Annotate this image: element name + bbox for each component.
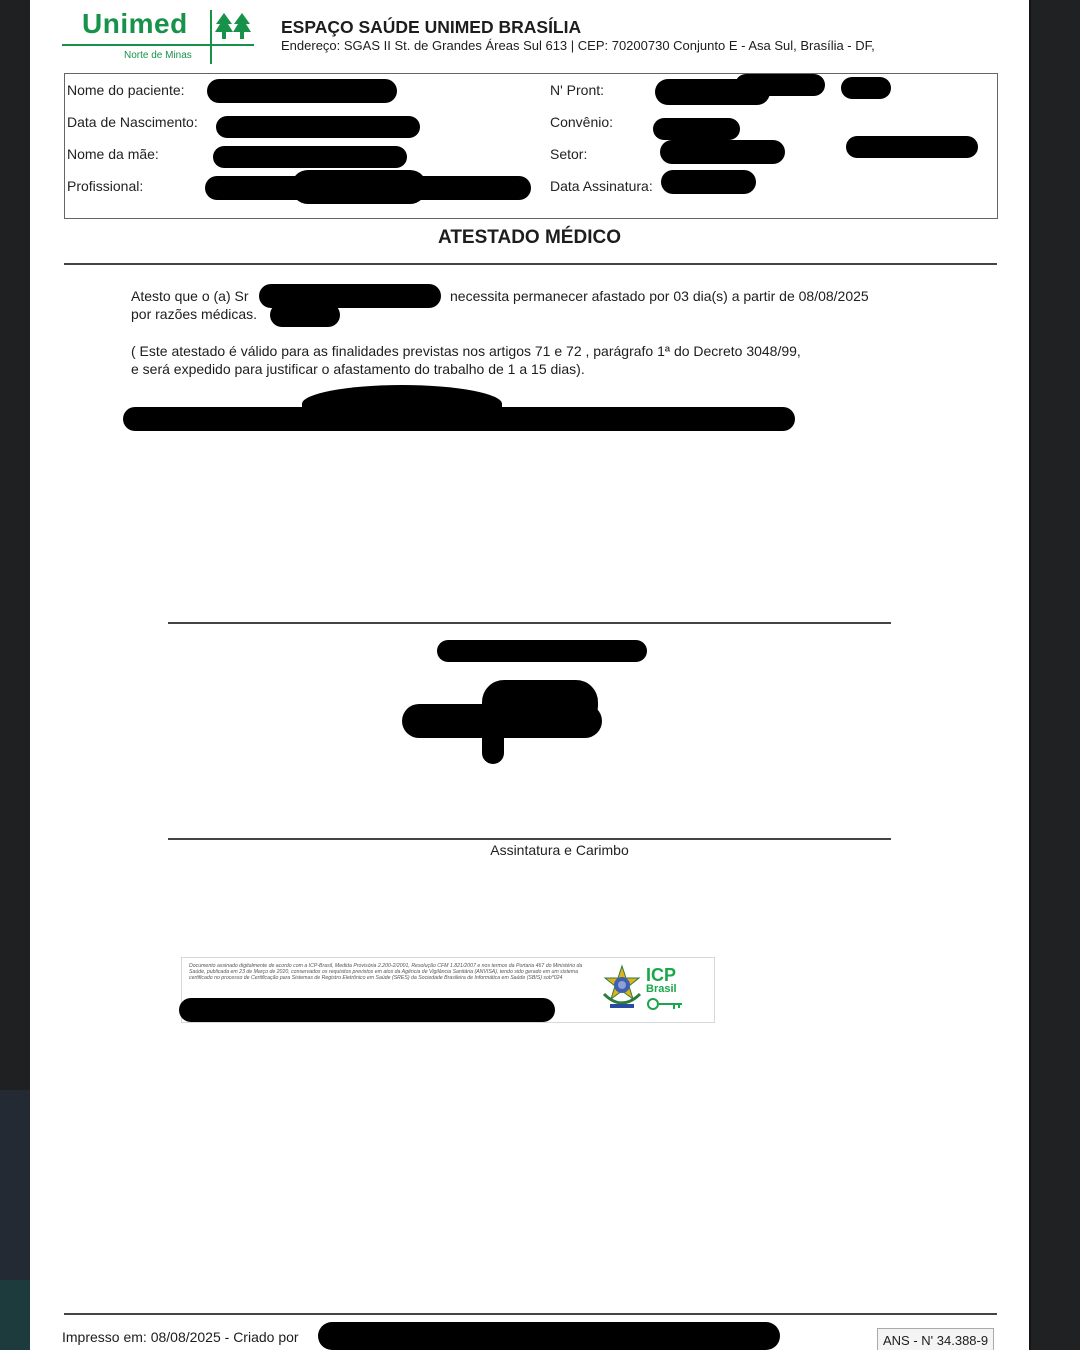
signature-date-label: Data Assinatura: bbox=[550, 178, 653, 194]
birth-date-label: Data de Nascimento: bbox=[67, 114, 198, 130]
redacted-sector-extra bbox=[846, 136, 978, 158]
insurance-label: Convênio: bbox=[550, 114, 613, 130]
redacted-patient-name bbox=[207, 79, 397, 103]
signature-top-divider bbox=[168, 622, 891, 624]
redacted-insurance bbox=[653, 118, 740, 140]
icp-logo-line2: Brasil bbox=[646, 983, 677, 995]
logo-divider-vertical bbox=[210, 10, 212, 64]
brand-name: Unimed bbox=[82, 8, 188, 40]
statement-suffix: necessita permanecer afastado por 03 dia… bbox=[450, 287, 869, 305]
redacted-record-extra bbox=[735, 74, 825, 96]
record-number-label: N' Pront: bbox=[550, 82, 604, 98]
logo-divider-horizontal bbox=[62, 44, 254, 46]
unimed-logo: Unimed Norte de Minas bbox=[62, 6, 254, 64]
redacted-signature-date bbox=[661, 170, 756, 194]
document-title: ATESTADO MÉDICO bbox=[30, 227, 1029, 249]
brand-subtitle: Norte de Minas bbox=[124, 50, 192, 61]
professional-label: Profissional: bbox=[67, 178, 143, 194]
title-divider bbox=[64, 263, 997, 265]
icp-logo-line1: ICP bbox=[646, 966, 676, 984]
certification-text: Documento assinado digitalmente de acord… bbox=[189, 963, 594, 982]
key-icon bbox=[646, 996, 684, 1012]
background-app-left-panel bbox=[0, 0, 30, 1350]
patient-info-box: Nome do paciente: Data de Nascimento: No… bbox=[64, 73, 998, 219]
redacted-cid-overlap bbox=[302, 385, 502, 423]
redacted-certificate-id bbox=[179, 998, 555, 1022]
legal-text-line2: e será expedido para justificar o afasta… bbox=[131, 360, 585, 378]
redacted-stamp bbox=[482, 680, 598, 728]
patient-name-label: Nome do paciente: bbox=[67, 82, 185, 98]
printed-info: Impresso em: 08/08/2025 - Criado por bbox=[62, 1329, 299, 1345]
sector-label: Setor: bbox=[550, 146, 587, 162]
redacted-professional-overlap bbox=[291, 170, 427, 204]
icp-brasil-logo: ICP Brasil bbox=[646, 966, 696, 1016]
redacted-mother-name bbox=[213, 146, 407, 168]
unimed-tree-icon bbox=[215, 12, 251, 40]
background-app-right-panel bbox=[1029, 0, 1080, 1350]
redacted-creator bbox=[318, 1322, 780, 1350]
redacted-statement-extra bbox=[270, 303, 340, 327]
redacted-doctor-name bbox=[437, 640, 647, 662]
organization-title: ESPAÇO SAÚDE UNIMED BRASÍLIA bbox=[281, 17, 581, 38]
statement-prefix: Atesto que o (a) Sr bbox=[131, 287, 249, 305]
redacted-sector bbox=[660, 140, 785, 164]
redacted-stamp-tail bbox=[482, 728, 504, 764]
ans-registration-badge: ANS - N' 34.388-9 bbox=[877, 1328, 994, 1350]
mother-name-label: Nome da mãe: bbox=[67, 146, 159, 162]
signature-caption: Assintatura e Carimbo bbox=[30, 842, 1080, 858]
footer-divider bbox=[64, 1313, 997, 1315]
redacted-birth-date bbox=[216, 116, 420, 138]
organization-address: Endereço: SGAS II St. de Grandes Áreas S… bbox=[281, 38, 875, 53]
signature-bottom-divider bbox=[168, 838, 891, 840]
medical-certificate-page: Unimed Norte de Minas ESPAÇO SAÚDE UNIME… bbox=[30, 0, 1029, 1350]
brazil-coat-of-arms-icon bbox=[600, 964, 644, 1014]
redacted-record-suffix bbox=[841, 77, 891, 99]
statement-line2: por razões médicas. bbox=[131, 305, 257, 323]
legal-text-line1: ( Este atestado é válido para as finalid… bbox=[131, 342, 801, 360]
